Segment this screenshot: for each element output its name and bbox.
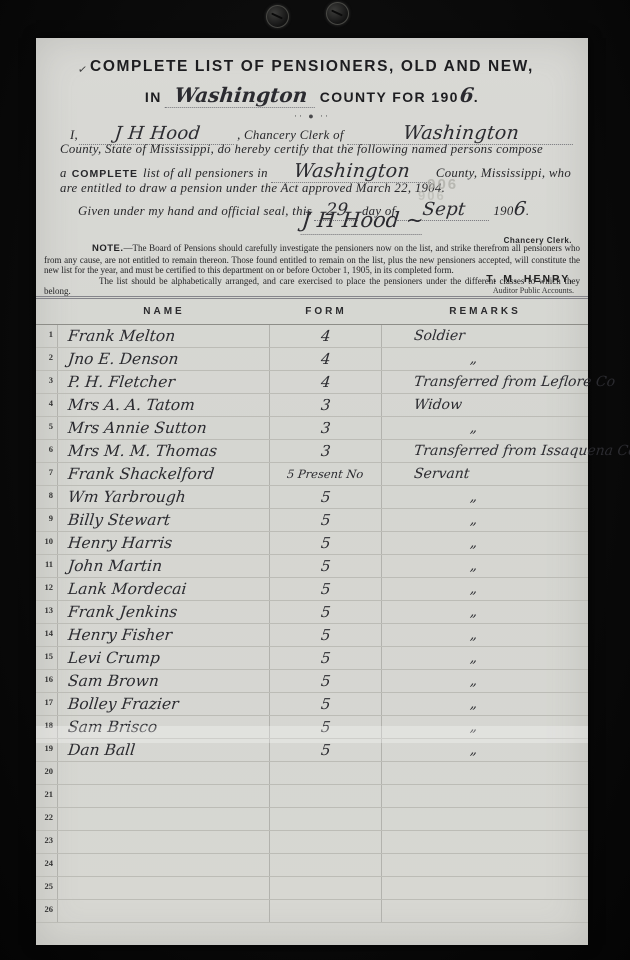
table-row: 13 Frank Jenkins 5 „ — [36, 601, 588, 624]
row-number: 18 — [36, 716, 58, 738]
name-cell: Billy Stewart — [58, 509, 270, 531]
auditor-signature-block: T. M. HENRY, Auditor Public Accounts. — [486, 273, 574, 295]
table-row: 5 Mrs Annie Sutton 3 „ — [36, 417, 588, 440]
form-number-handwritten: 3 — [320, 442, 331, 460]
row-number: 3 — [36, 371, 58, 393]
pensioner-name-handwritten: Jno E. Denson — [67, 350, 179, 368]
table-row: 9 Billy Stewart 5 „ — [36, 509, 588, 532]
pensioner-table: NAME FORM REMARKS 1 Frank Melton 4 Soldi… — [36, 296, 588, 923]
name-cell: Frank Melton — [58, 325, 270, 347]
table-row: 18 Sam Brisco 5 „ — [36, 716, 588, 739]
table-header-row: NAME FORM REMARKS — [36, 299, 588, 325]
county-for-label: COUNTY FOR 190 — [320, 89, 459, 105]
remarks-handwritten: „ — [469, 420, 478, 436]
row-number: 24 — [36, 854, 58, 876]
pensioner-name-handwritten: Levi Crump — [67, 649, 161, 667]
pensioner-name-handwritten: Henry Harris — [67, 534, 173, 552]
remarks-handwritten: Soldier — [413, 328, 466, 344]
pensioner-name-handwritten: Mrs M. M. Thomas — [67, 442, 218, 460]
table-row: 12 Lank Mordecai 5 „ — [36, 578, 588, 601]
remarks-column-header: REMARKS — [382, 306, 588, 317]
remarks-cell: „ — [382, 417, 588, 439]
row-number: 15 — [36, 647, 58, 669]
remarks-handwritten: „ — [469, 581, 478, 597]
name-cell: Mrs M. M. Thomas — [58, 440, 270, 462]
row-number: 7 — [36, 463, 58, 485]
remarks-cell: „ — [382, 578, 588, 600]
form-cell: 5 — [270, 739, 382, 761]
form-cell: 5 — [270, 509, 382, 531]
remarks-cell: „ — [382, 486, 588, 508]
form-cell — [270, 877, 382, 899]
remarks-handwritten: „ — [469, 489, 478, 505]
pensioner-name-handwritten: Wm Yarbrough — [67, 488, 187, 506]
table-body: 1 Frank Melton 4 Soldier 2 Jno E. Denson… — [36, 325, 588, 923]
name-cell: Sam Brown — [58, 670, 270, 692]
form-cell: 5 — [270, 601, 382, 623]
name-cell: Levi Crump — [58, 647, 270, 669]
table-row: 8 Wm Yarbrough 5 „ — [36, 486, 588, 509]
form-cell: 5 — [270, 647, 382, 669]
remarks-handwritten: „ — [469, 351, 478, 367]
remarks-handwritten: „ — [469, 627, 478, 643]
remarks-cell: „ — [382, 601, 588, 623]
form-cell: 3 — [270, 440, 382, 462]
name-cell: John Martin — [58, 555, 270, 577]
pensioner-name-handwritten: Mrs Annie Sutton — [67, 419, 208, 437]
row-number: 25 — [36, 877, 58, 899]
table-row: 23 — [36, 831, 588, 854]
form-cell — [270, 762, 382, 784]
remarks-cell — [382, 762, 588, 784]
binder-screw-icon — [266, 5, 289, 28]
remarks-cell — [382, 900, 588, 922]
form-cell: 5 — [270, 532, 382, 554]
i-label: I, — [70, 128, 78, 143]
remarks-cell: Widow — [382, 394, 588, 416]
name-cell: Henry Harris — [58, 532, 270, 554]
row-number: 17 — [36, 693, 58, 715]
remarks-handwritten: „ — [469, 650, 478, 666]
form-number-handwritten: 3 — [320, 396, 331, 414]
table-row: 16 Sam Brown 5 „ — [36, 670, 588, 693]
form-number-handwritten: 5 — [320, 580, 331, 598]
pension-form-page: ✓ COMPLETE LIST OF PENSIONERS, OLD AND N… — [36, 38, 588, 945]
remarks-cell: „ — [382, 555, 588, 577]
remarks-cell — [382, 785, 588, 807]
auditor-title: Auditor Public Accounts. — [486, 286, 574, 295]
row-number: 16 — [36, 670, 58, 692]
row-number: 20 — [36, 762, 58, 784]
form-cell — [270, 785, 382, 807]
certification-line-4: are entitled to draw a pension under the… — [60, 179, 574, 196]
form-cell: 5 — [270, 624, 382, 646]
pensioner-name-handwritten: Billy Stewart — [67, 511, 171, 529]
form-cell: 4 — [270, 371, 382, 393]
form-number-handwritten: 5 — [320, 603, 331, 621]
form-number-handwritten: 5 — [320, 488, 331, 506]
remarks-handwritten: „ — [469, 535, 478, 551]
remarks-cell — [382, 808, 588, 830]
name-cell: Jno E. Denson — [58, 348, 270, 370]
name-cell: P. H. Fletcher — [58, 371, 270, 393]
remarks-handwritten: „ — [469, 719, 478, 735]
row-number: 23 — [36, 831, 58, 853]
form-cell — [270, 900, 382, 922]
name-cell: Bolley Frazier — [58, 693, 270, 715]
form-cell: 5 — [270, 578, 382, 600]
table-row: 3 P. H. Fletcher 4 Transferred from Lefl… — [36, 371, 588, 394]
ornament-dots: ·· ● ·· — [36, 111, 588, 121]
form-cell: 4 — [270, 325, 382, 347]
row-number: 22 — [36, 808, 58, 830]
name-cell: Frank Shackelford — [58, 463, 270, 485]
table-row: 25 — [36, 877, 588, 900]
remarks-handwritten: Widow — [413, 397, 463, 413]
remarks-cell: „ — [382, 716, 588, 738]
form-subtitle: IN Washington COUNTY FOR 190 6 . — [36, 83, 588, 108]
in-label: IN — [145, 89, 162, 105]
table-row: 10 Henry Harris 5 „ — [36, 532, 588, 555]
pensioner-name-handwritten: Bolley Frazier — [67, 695, 180, 713]
form-number-handwritten: 4 — [320, 327, 331, 345]
form-cell: 4 — [270, 348, 382, 370]
table-row: 4 Mrs A. A. Tatom 3 Widow — [36, 394, 588, 417]
form-number-handwritten: 4 — [320, 350, 331, 368]
remarks-cell — [382, 877, 588, 899]
remarks-cell: „ — [382, 509, 588, 531]
form-number-handwritten: 4 — [320, 373, 331, 391]
subtitle-period: . — [474, 89, 479, 105]
remarks-handwritten: Servant — [413, 466, 470, 482]
row-number: 14 — [36, 624, 58, 646]
form-number-handwritten: 5 — [320, 534, 331, 552]
name-cell — [58, 877, 270, 899]
binder-screw-icon — [326, 2, 349, 25]
signature-block: J H Hood ~ Chancery Clerk. — [302, 208, 572, 245]
name-cell: Henry Fisher — [58, 624, 270, 646]
remarks-cell: „ — [382, 693, 588, 715]
note-body: —The Board of Pensions should carefully … — [44, 243, 580, 275]
name-cell: Mrs Annie Sutton — [58, 417, 270, 439]
certification-line-2: County, State of Mississippi, do hereby … — [60, 142, 574, 157]
remarks-handwritten: „ — [469, 558, 478, 574]
name-cell — [58, 762, 270, 784]
row-number: 19 — [36, 739, 58, 761]
name-cell — [58, 900, 270, 922]
form-number-handwritten: 5 — [320, 511, 331, 529]
pensioner-name-handwritten: Frank Shackelford — [67, 465, 215, 483]
remarks-handwritten: Transferred from Leflore Co — [413, 374, 616, 390]
row-number: 6 — [36, 440, 58, 462]
table-row: 11 John Martin 5 „ — [36, 555, 588, 578]
clerk-of-label: , Chancery Clerk of — [237, 128, 344, 143]
pensioner-name-handwritten: Dan Ball — [67, 741, 136, 759]
pensioner-name-handwritten: Sam Brown — [67, 672, 160, 690]
pensioner-name-handwritten: Sam Brisco — [67, 718, 158, 736]
form-cell: 3 — [270, 394, 382, 416]
table-row: 6 Mrs M. M. Thomas 3 Transferred from Is… — [36, 440, 588, 463]
row-number: 11 — [36, 555, 58, 577]
name-cell — [58, 831, 270, 853]
remarks-cell: „ — [382, 348, 588, 370]
row-number: 5 — [36, 417, 58, 439]
row-number: 21 — [36, 785, 58, 807]
name-cell — [58, 785, 270, 807]
name-cell: Sam Brisco — [58, 716, 270, 738]
remarks-handwritten: „ — [469, 673, 478, 689]
name-cell — [58, 854, 270, 876]
remarks-handwritten: „ — [469, 696, 478, 712]
form-cell — [270, 808, 382, 830]
form-title: COMPLETE LIST OF PENSIONERS, OLD AND NEW… — [36, 58, 588, 76]
row-number: 8 — [36, 486, 58, 508]
name-cell: Mrs A. A. Tatom — [58, 394, 270, 416]
table-row: 7 Frank Shackelford 5 Present No Servant — [36, 463, 588, 486]
table-row: 17 Bolley Frazier 5 „ — [36, 693, 588, 716]
row-number: 1 — [36, 325, 58, 347]
row-number: 12 — [36, 578, 58, 600]
form-number-handwritten: 5 — [320, 626, 331, 644]
name-column-header: NAME — [58, 306, 270, 317]
table-row: 24 — [36, 854, 588, 877]
remarks-handwritten: „ — [469, 512, 478, 528]
given-label: Given under my hand and official seal, t… — [78, 204, 312, 219]
table-row: 26 — [36, 900, 588, 923]
form-cell: 5 — [270, 486, 382, 508]
row-number: 10 — [36, 532, 58, 554]
table-row: 19 Dan Ball 5 „ — [36, 739, 588, 762]
table-row: 22 — [36, 808, 588, 831]
remarks-cell: Servant — [382, 463, 588, 485]
table-row: 2 Jno E. Denson 4 „ — [36, 348, 588, 371]
form-number-handwritten: 5 — [320, 557, 331, 575]
remarks-cell: „ — [382, 670, 588, 692]
auditor-name: T. M. HENRY, — [486, 273, 574, 285]
table-row: 21 — [36, 785, 588, 808]
scanned-document-scene: ✓ COMPLETE LIST OF PENSIONERS, OLD AND N… — [0, 0, 630, 960]
line4-text: are entitled to draw a pension under the… — [60, 181, 445, 196]
form-column-header: FORM — [270, 306, 382, 317]
form-cell: 5 Present No — [270, 463, 382, 485]
form-number-handwritten: 5 — [320, 718, 331, 736]
row-number: 9 — [36, 509, 58, 531]
table-row: 15 Levi Crump 5 „ — [36, 647, 588, 670]
form-cell: 5 — [270, 670, 382, 692]
remarks-cell: Soldier — [382, 325, 588, 347]
form-cell: 3 — [270, 417, 382, 439]
form-cell: 5 — [270, 555, 382, 577]
pensioner-name-handwritten: Frank Jenkins — [67, 603, 178, 621]
pensioner-name-handwritten: P. H. Fletcher — [67, 373, 176, 391]
form-cell — [270, 854, 382, 876]
remarks-cell: „ — [382, 739, 588, 761]
county-handwritten: Washington — [164, 83, 317, 108]
form-cell: 5 — [270, 716, 382, 738]
form-cell: 5 — [270, 693, 382, 715]
pensioner-name-handwritten: Mrs A. A. Tatom — [67, 396, 196, 414]
table-row: 20 — [36, 762, 588, 785]
note-label: NOTE. — [92, 243, 124, 254]
year-digit-handwritten: 6 — [459, 83, 475, 107]
form-number-handwritten: 5 Present No — [287, 467, 365, 481]
name-cell: Lank Mordecai — [58, 578, 270, 600]
pensioner-name-handwritten: Lank Mordecai — [67, 580, 187, 598]
clerk-signature-handwritten: J H Hood ~ — [301, 208, 425, 235]
remarks-cell — [382, 831, 588, 853]
name-cell — [58, 808, 270, 830]
form-number-handwritten: 5 — [320, 695, 331, 713]
remarks-cell — [382, 854, 588, 876]
form-cell — [270, 831, 382, 853]
name-cell: Dan Ball — [58, 739, 270, 761]
row-number: 13 — [36, 601, 58, 623]
row-number: 26 — [36, 900, 58, 922]
remarks-handwritten: „ — [469, 742, 478, 758]
table-row: 14 Henry Fisher 5 „ — [36, 624, 588, 647]
form-number-handwritten: 3 — [320, 419, 331, 437]
row-number: 4 — [36, 394, 58, 416]
remarks-cell: Transferred from Issaquena Co — [382, 440, 630, 462]
remarks-cell: „ — [382, 647, 588, 669]
table-row: 1 Frank Melton 4 Soldier — [36, 325, 588, 348]
remarks-handwritten: Transferred from Issaquena Co — [413, 443, 630, 459]
remarks-cell: Transferred from Leflore Co — [382, 371, 615, 393]
pensioner-name-handwritten: John Martin — [67, 557, 163, 575]
pensioner-name-handwritten: Henry Fisher — [67, 626, 173, 644]
row-number: 2 — [36, 348, 58, 370]
remarks-cell: „ — [382, 532, 588, 554]
form-number-handwritten: 5 — [320, 649, 331, 667]
form-number-handwritten: 5 — [320, 741, 331, 759]
name-cell: Frank Jenkins — [58, 601, 270, 623]
pensioner-name-handwritten: Frank Melton — [67, 327, 176, 345]
remarks-cell: „ — [382, 624, 588, 646]
form-number-handwritten: 5 — [320, 672, 331, 690]
name-cell: Wm Yarbrough — [58, 486, 270, 508]
remarks-handwritten: „ — [469, 604, 478, 620]
